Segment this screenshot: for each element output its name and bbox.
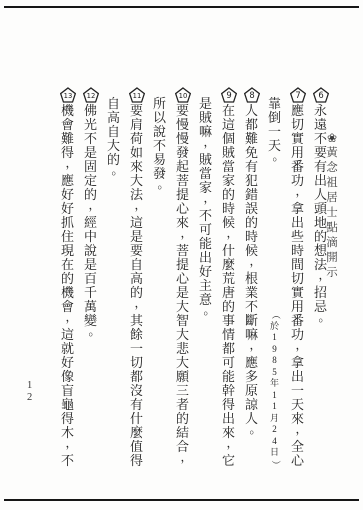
glyph: 發 bbox=[171, 146, 194, 160]
glyph: 是 bbox=[125, 230, 148, 244]
item-13-column: 13機會難得，應好好抓住現在的機會，這就好像盲龜得木，不 bbox=[56, 86, 79, 470]
glyph: 得 bbox=[125, 454, 148, 468]
glyph: 。 bbox=[152, 177, 175, 191]
glyph: 千 bbox=[79, 286, 102, 300]
glyph: 是 bbox=[79, 258, 102, 272]
glyph: 都 bbox=[125, 370, 148, 384]
item-11-column: 自高自大的。 bbox=[102, 86, 125, 470]
glyph: 誤 bbox=[240, 202, 263, 216]
glyph: 能 bbox=[217, 370, 240, 384]
glyph: ， bbox=[175, 450, 198, 464]
glyph: 龜 bbox=[56, 398, 79, 412]
glyph: 就 bbox=[56, 342, 79, 356]
glyph: 主 bbox=[194, 279, 217, 293]
glyph: 唐 bbox=[217, 286, 240, 300]
glyph: 用 bbox=[286, 300, 309, 314]
item-number-pentagon: 8 bbox=[244, 86, 260, 104]
glyph: 它 bbox=[217, 454, 240, 468]
glyph: 月 bbox=[270, 413, 279, 425]
glyph: 出 bbox=[286, 370, 309, 384]
glyph: 。 bbox=[267, 149, 290, 163]
glyph: ， bbox=[60, 156, 83, 170]
item-number-pentagon: 9 bbox=[221, 86, 237, 104]
glyph: 業 bbox=[240, 286, 263, 300]
glyph: 家 bbox=[217, 174, 240, 188]
glyph: 沒 bbox=[125, 384, 148, 398]
glyph: 如 bbox=[125, 146, 148, 160]
text-block: 6永遠不要有出人頭地的想法，招忌。7應切實用番功，拿出些時間切實用番功，拿出一天… bbox=[56, 86, 332, 470]
glyph: 犯 bbox=[240, 174, 263, 188]
glyph: 佛 bbox=[79, 104, 102, 118]
glyph: 是 bbox=[171, 286, 194, 300]
glyph: 實 bbox=[286, 286, 309, 300]
glyph: 可 bbox=[217, 356, 240, 370]
glyph: 大 bbox=[102, 139, 125, 153]
glyph: 5 bbox=[270, 367, 279, 379]
glyph: 不 bbox=[148, 139, 171, 153]
glyph: 拿 bbox=[286, 202, 309, 216]
glyph: 8 bbox=[270, 355, 279, 367]
glyph: ， bbox=[290, 338, 313, 352]
glyph: 人 bbox=[240, 104, 263, 118]
glyph: 以 bbox=[148, 111, 171, 125]
item-8-column: 8人都難免有犯錯誤的時候，根業不斷嘛，應多原諒人。 bbox=[240, 86, 263, 470]
item-9-column: 是賊嘛，賊當家，不可能出好主意。 bbox=[194, 86, 217, 470]
glyph: 麼 bbox=[217, 258, 240, 272]
item-number-pentagon: 6 bbox=[313, 86, 329, 104]
glyph: 1 bbox=[270, 332, 279, 344]
item-6-column: 6永遠不要有出人頭地的想法，招忌。 bbox=[309, 86, 332, 470]
glyph: 要 bbox=[309, 146, 332, 160]
glyph: 餘 bbox=[125, 328, 148, 342]
glyph: 倒 bbox=[263, 111, 286, 125]
glyph: 原 bbox=[240, 384, 263, 398]
glyph: 當 bbox=[194, 167, 217, 181]
glyph: 機 bbox=[56, 104, 79, 118]
glyph: ， bbox=[244, 254, 267, 268]
glyph: 抓 bbox=[56, 216, 79, 230]
glyph: 年 bbox=[270, 378, 279, 390]
glyph: 提 bbox=[171, 258, 194, 272]
glyph: 者 bbox=[171, 398, 194, 412]
glyph: 都 bbox=[217, 342, 240, 356]
glyph: 大 bbox=[171, 328, 194, 342]
glyph: 根 bbox=[240, 272, 263, 286]
glyph: 靠 bbox=[263, 97, 286, 111]
glyph: 要 bbox=[125, 244, 148, 258]
glyph: 間 bbox=[286, 258, 309, 272]
book-page: ❀黃念祖居士點滴開示 6永遠不要有出人頭地的想法，招忌。7應切實用番功，拿出些時… bbox=[0, 0, 363, 510]
glyph: 1 bbox=[27, 380, 32, 392]
glyph: ， bbox=[129, 198, 152, 212]
glyph: 荷 bbox=[125, 132, 148, 146]
glyph: 。 bbox=[313, 310, 336, 324]
glyph: 9 bbox=[270, 344, 279, 356]
glyph: 中 bbox=[79, 230, 102, 244]
glyph: 遠 bbox=[309, 118, 332, 132]
glyph: 多 bbox=[240, 370, 263, 384]
glyph: 結 bbox=[171, 426, 194, 440]
glyph: 免 bbox=[240, 146, 263, 160]
glyph: 地 bbox=[309, 216, 332, 230]
glyph: ） bbox=[269, 460, 281, 469]
glyph: 百 bbox=[79, 272, 102, 286]
glyph: 自 bbox=[125, 258, 148, 272]
item-number-pentagon: 12 bbox=[83, 86, 99, 104]
glyph: 經 bbox=[79, 216, 102, 230]
glyph: 全 bbox=[286, 440, 309, 454]
item-7-column: 靠倒一天。（於1985年11月24日） bbox=[263, 86, 286, 470]
glyph: 實 bbox=[286, 132, 309, 146]
glyph: ， bbox=[198, 135, 221, 149]
glyph: 易 bbox=[148, 153, 171, 167]
glyph: 切 bbox=[286, 272, 309, 286]
glyph: 切 bbox=[125, 356, 148, 370]
glyph: 說 bbox=[79, 244, 102, 258]
glyph: 一 bbox=[125, 342, 148, 356]
glyph: 錯 bbox=[240, 188, 263, 202]
svg-text:11: 11 bbox=[132, 92, 141, 100]
glyph: 有 bbox=[125, 398, 148, 412]
item-number-pentagon: 13 bbox=[60, 86, 76, 104]
glyph: 高 bbox=[102, 111, 125, 125]
glyph: 大 bbox=[171, 300, 194, 314]
item-number-pentagon: 11 bbox=[129, 86, 145, 104]
item-number-pentagon: 10 bbox=[175, 86, 191, 104]
glyph: 好 bbox=[56, 188, 79, 202]
glyph: ， bbox=[221, 226, 244, 240]
glyph: 悲 bbox=[171, 342, 194, 356]
glyph: ， bbox=[221, 436, 244, 450]
glyph: 永 bbox=[309, 104, 332, 118]
svg-text:9: 9 bbox=[226, 90, 231, 100]
glyph: 會 bbox=[56, 118, 79, 132]
glyph: 好 bbox=[56, 202, 79, 216]
glyph: 定 bbox=[79, 174, 102, 188]
glyph: 願 bbox=[171, 370, 194, 384]
glyph: 得 bbox=[217, 398, 240, 412]
glyph: 2 bbox=[270, 424, 279, 436]
svg-text:7: 7 bbox=[295, 90, 300, 100]
glyph: 智 bbox=[171, 314, 194, 328]
glyph: ， bbox=[129, 296, 152, 310]
glyph: 自 bbox=[102, 125, 125, 139]
glyph: 招 bbox=[309, 286, 332, 300]
glyph: 切 bbox=[286, 118, 309, 132]
glyph: 想 bbox=[309, 244, 332, 258]
glyph: 要 bbox=[171, 104, 194, 118]
glyph: 心 bbox=[171, 272, 194, 286]
glyph: 應 bbox=[240, 356, 263, 370]
glyph: 三 bbox=[171, 384, 194, 398]
glyph: 要 bbox=[125, 104, 148, 118]
svg-text:10: 10 bbox=[178, 92, 187, 100]
glyph: 。 bbox=[83, 324, 106, 338]
glyph: 不 bbox=[79, 132, 102, 146]
glyph: 一 bbox=[286, 384, 309, 398]
glyph: 有 bbox=[240, 160, 263, 174]
svg-text:13: 13 bbox=[63, 92, 72, 100]
glyph: 什 bbox=[125, 412, 148, 426]
item-7-column: 7應切實用番功，拿出些時間切實用番功，拿出一天來，全心 bbox=[286, 86, 309, 470]
glyph: 些 bbox=[286, 230, 309, 244]
glyph: 麼 bbox=[125, 426, 148, 440]
glyph: 心 bbox=[171, 202, 194, 216]
bottom-border-line bbox=[4, 499, 359, 501]
glyph: 一 bbox=[263, 125, 286, 139]
glyph: 起 bbox=[171, 160, 194, 174]
glyph: 值 bbox=[125, 440, 148, 454]
glyph: 當 bbox=[217, 160, 240, 174]
glyph: 應 bbox=[56, 174, 79, 188]
glyph: 荒 bbox=[217, 272, 240, 286]
glyph: 1 bbox=[270, 401, 279, 413]
glyph: 說 bbox=[148, 125, 171, 139]
glyph: 天 bbox=[286, 398, 309, 412]
glyph: ， bbox=[198, 191, 221, 205]
page-number: 12 bbox=[27, 380, 32, 404]
glyph: 斷 bbox=[240, 314, 263, 328]
glyph: 。 bbox=[244, 422, 267, 436]
glyph: 難 bbox=[56, 132, 79, 146]
glyph: 像 bbox=[56, 370, 79, 384]
glyph: 賊 bbox=[194, 111, 217, 125]
glyph: 應 bbox=[286, 104, 309, 118]
glyph: 自 bbox=[102, 97, 125, 111]
glyph: 難 bbox=[240, 132, 263, 146]
glyph: 都 bbox=[240, 118, 263, 132]
glyph: 情 bbox=[217, 328, 240, 342]
glyph: 於 bbox=[270, 321, 279, 333]
glyph: 的 bbox=[309, 230, 332, 244]
glyph: 2 bbox=[27, 392, 32, 404]
glyph: 什 bbox=[217, 244, 240, 258]
svg-text:12: 12 bbox=[86, 92, 95, 100]
glyph: 不 bbox=[194, 209, 217, 223]
glyph: ， bbox=[290, 184, 313, 198]
glyph: 機 bbox=[56, 286, 79, 300]
glyph: 頭 bbox=[309, 202, 332, 216]
svg-text:6: 6 bbox=[318, 90, 323, 100]
glyph: （ bbox=[269, 310, 281, 319]
glyph: 日 bbox=[270, 447, 279, 459]
glyph: 好 bbox=[56, 356, 79, 370]
glyph: 出 bbox=[217, 412, 240, 426]
glyph: 現 bbox=[56, 244, 79, 258]
glyph: 好 bbox=[194, 265, 217, 279]
glyph: 時 bbox=[286, 244, 309, 258]
glyph: 不 bbox=[56, 454, 79, 468]
glyph: ， bbox=[244, 338, 267, 352]
glyph: ， bbox=[60, 436, 83, 450]
svg-text:8: 8 bbox=[249, 90, 254, 100]
item-10-column: 10要慢慢發起菩提心來，菩提心是大智大悲大願三者的結合， bbox=[171, 86, 194, 470]
glyph: 大 bbox=[171, 356, 194, 370]
glyph: ， bbox=[290, 422, 313, 436]
glyph: 4 bbox=[270, 436, 279, 448]
glyph: 是 bbox=[194, 97, 217, 111]
glyph: 。 bbox=[106, 163, 129, 177]
glyph: 1 bbox=[270, 390, 279, 402]
item-11-column: 11要肩荷如來大法，這是要自高的，其餘一切都沒有什麼值得 bbox=[125, 86, 148, 470]
top-border-line bbox=[4, 6, 359, 8]
glyph: 這 bbox=[125, 216, 148, 230]
glyph: 出 bbox=[194, 251, 217, 265]
glyph: 不 bbox=[240, 300, 263, 314]
glyph: 這 bbox=[56, 328, 79, 342]
glyph: 得 bbox=[56, 412, 79, 426]
date-note: （於1985年11月24日） bbox=[270, 309, 279, 470]
glyph: 。 bbox=[198, 303, 221, 317]
glyph: 幹 bbox=[217, 384, 240, 398]
glyph: ， bbox=[175, 226, 198, 240]
glyph: 在 bbox=[217, 104, 240, 118]
glyph: 其 bbox=[125, 314, 148, 328]
glyph: 的 bbox=[171, 412, 194, 426]
glyph: 高 bbox=[125, 272, 148, 286]
glyph: 光 bbox=[79, 118, 102, 132]
glyph: ， bbox=[313, 268, 336, 282]
glyph: 心 bbox=[286, 454, 309, 468]
glyph: 出 bbox=[286, 216, 309, 230]
item-12-column: 12佛光不是固定的，經中說是百千萬變。 bbox=[79, 86, 102, 470]
glyph: 拿 bbox=[286, 356, 309, 370]
glyph: 不 bbox=[309, 132, 332, 146]
item-10-column: 所以說不易發。 bbox=[148, 86, 171, 470]
glyph: 在 bbox=[56, 258, 79, 272]
glyph: 肩 bbox=[125, 118, 148, 132]
glyph: 盲 bbox=[56, 384, 79, 398]
glyph: 賊 bbox=[194, 153, 217, 167]
glyph: 慢 bbox=[171, 132, 194, 146]
glyph: 住 bbox=[56, 230, 79, 244]
glyph: 諒 bbox=[240, 398, 263, 412]
glyph: 番 bbox=[286, 314, 309, 328]
glyph: 菩 bbox=[171, 244, 194, 258]
glyph: 慢 bbox=[171, 118, 194, 132]
glyph: 這 bbox=[217, 118, 240, 132]
glyph: 所 bbox=[148, 97, 171, 111]
glyph: ， bbox=[83, 198, 106, 212]
glyph: 有 bbox=[309, 160, 332, 174]
item-number-pentagon: 7 bbox=[290, 86, 306, 104]
glyph: 的 bbox=[56, 272, 79, 286]
glyph: ， bbox=[60, 310, 83, 324]
